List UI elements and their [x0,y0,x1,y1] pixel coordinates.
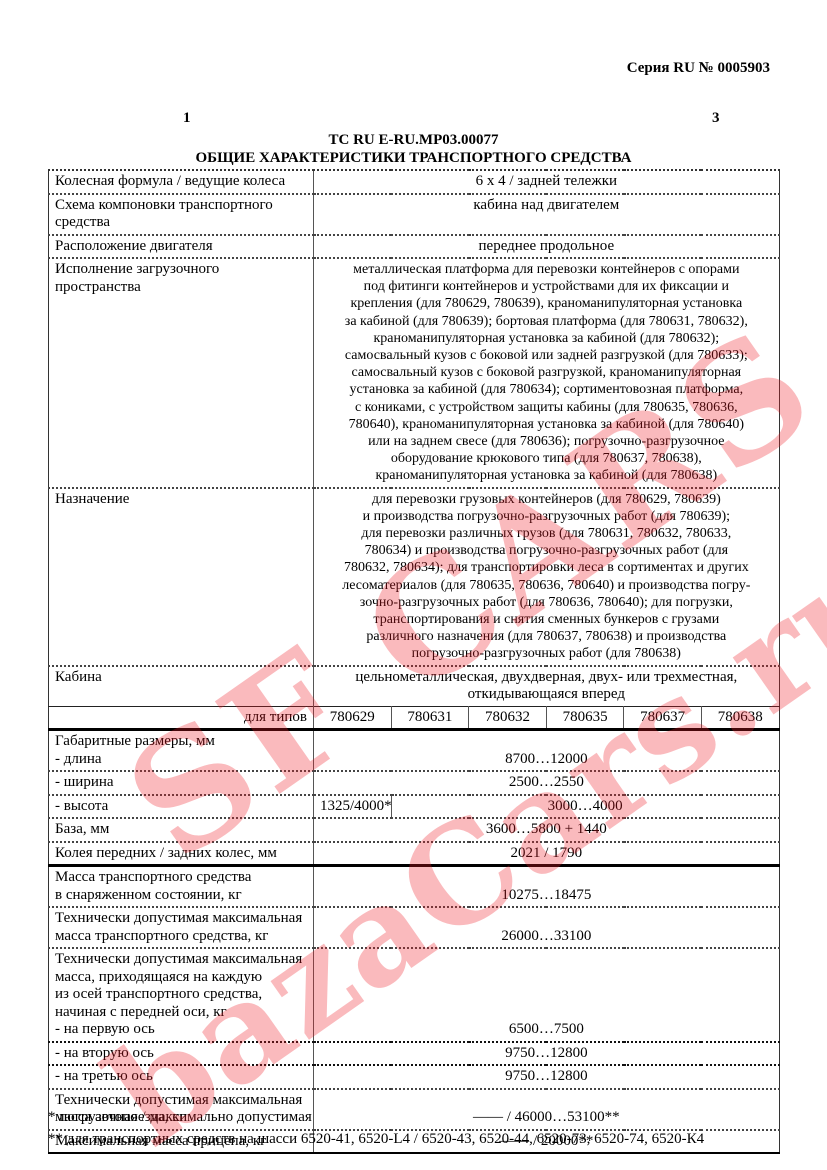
track-label: Колея передних / задних колес, мм [49,842,314,866]
axle-third-value: 9750…12800 [314,1065,780,1089]
purpose-label: Назначение [49,488,314,666]
type-column-header: 780638 [701,706,779,730]
axle-second-value: 9750…12800 [314,1042,780,1066]
axle-mass-label: Технически допустимая максимальная масса… [49,948,314,1042]
cabin-label: Кабина [49,666,314,707]
engine-position-label: Расположение двигателя [49,235,314,259]
max-mass-value: 26000…33100 [314,907,780,948]
track-value: 2021 / 1790 [314,842,780,866]
table-row: Расположение двигателя переднее продольн… [49,235,780,259]
doc-number: ТС RU E-RU.MP03.00077 [48,131,779,149]
table-row: Колесная формула / ведущие колеса 6 х 4 … [49,170,780,194]
layout-scheme-label: Схема компоновки транспортного средства [49,194,314,235]
dimensions-length-value: 8700…12000 [314,730,780,772]
types-header-label: для типов [49,706,314,730]
table-row: Колея передних / задних колес, мм 2021 /… [49,842,780,866]
cabin-value: цельнометаллическая, двухдверная, двух- … [314,666,780,707]
table-row: - на вторую ось 9750…12800 [49,1042,780,1066]
table-row: - на третью ось 9750…12800 [49,1065,780,1089]
layout-scheme-value: кабина над двигателем [314,194,780,235]
purpose-value: для перевозки грузовых контейнеров (для … [314,488,780,666]
table-row: Кабина цельнометаллическая, двухдверная,… [49,666,780,707]
axle-third-label: - на третью ось [49,1065,314,1089]
footnote-1: * погрузочная / максимально допустимая [48,1106,798,1128]
table-row: Технически допустимая максимальная масса… [49,907,780,948]
table-row: Масса транспортного средства в снаряженн… [49,866,780,908]
axle-second-label: - на вторую ось [49,1042,314,1066]
table-row: Технически допустимая максимальная масса… [49,948,780,1042]
engine-position-value: переднее продольное [314,235,780,259]
table-row: Исполнение загрузочного пространства мет… [49,258,780,488]
series-number: Серия RU № 0005903 [627,60,770,77]
wheel-formula-label: Колесная формула / ведущие колеса [49,170,314,194]
page-title: ОБЩИЕ ХАРАКТЕРИСТИКИ ТРАНСПОРТНОГО СРЕДС… [48,149,779,167]
type-column-header: 780631 [391,706,469,730]
dimensions-width-value: 2500…2550 [314,771,780,795]
footnotes: * погрузочная / максимально допустимая *… [48,1106,798,1150]
table-row: Габаритные размеры, мм - длина 8700…1200… [49,730,780,772]
table-row: - ширина 2500…2550 [49,771,780,795]
type-column-header: 780637 [624,706,702,730]
type-column-header: 780632 [469,706,547,730]
table-row: Назначение для перевозки грузовых контей… [49,488,780,666]
base-value: 3600…5800 + 1440 [314,818,780,842]
table-row: База, мм 3600…5800 + 1440 [49,818,780,842]
characteristics-table: Колесная формула / ведущие колеса 6 х 4 … [48,169,780,1154]
max-mass-label: Технически допустимая максимальная масса… [49,907,314,948]
types-header-row: для типов 780629 780631 780632 780635 78… [49,706,780,730]
wheel-formula-value: 6 х 4 / задней тележки [314,170,780,194]
base-label: База, мм [49,818,314,842]
page-number-right: 3 [712,110,720,127]
title-block: ТС RU E-RU.MP03.00077 ОБЩИЕ ХАРАКТЕРИСТИ… [48,131,779,167]
page-number-left: 1 [183,110,191,127]
type-column-header: 780635 [546,706,624,730]
curb-mass-label: Масса транспортного средства в снаряженн… [49,866,314,908]
table-row: - высота 1325/4000* 3000…4000 [49,795,780,819]
table-row: Схема компоновки транспортного средства … [49,194,780,235]
dimensions-height-label: - высота [49,795,314,819]
type-column-header: 780629 [314,706,392,730]
dimensions-width-label: - ширина [49,771,314,795]
axle-mass-value: 6500…7500 [314,948,780,1042]
dimensions-height-rest-value: 3000…4000 [391,795,779,819]
cargo-space-label: Исполнение загрузочного пространства [49,258,314,488]
cargo-space-value: металлическая платформа для перевозки ко… [314,258,780,488]
document-page: Серия RU № 0005903 1 3 ТС RU E-RU.MP03.0… [0,0,827,1170]
curb-mass-value: 10275…18475 [314,866,780,908]
footnote-2: ** для транспортных средств на шасси 652… [48,1128,798,1150]
dimensions-length-label: Габаритные размеры, мм - длина [49,730,314,772]
dimensions-height-first-value: 1325/4000* [314,795,392,819]
